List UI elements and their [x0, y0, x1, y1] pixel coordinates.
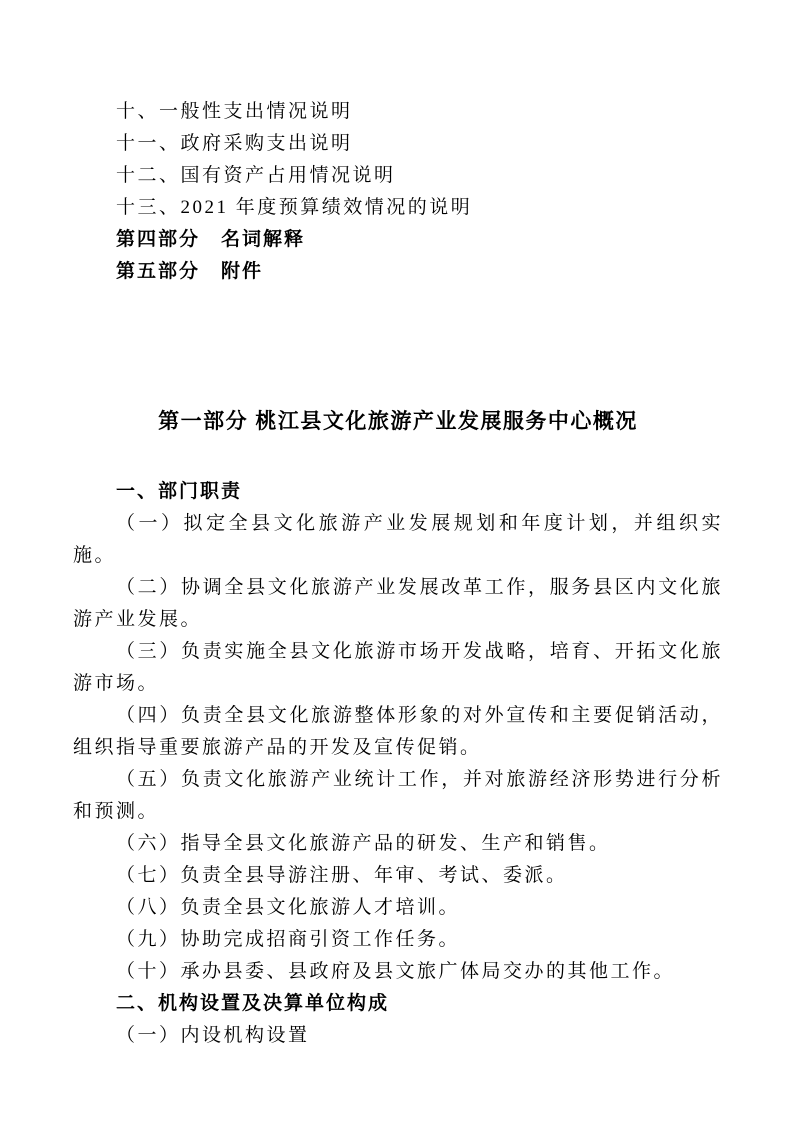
paragraph: （六）指导全县文化旅游产品的研发、生产和销售。	[73, 828, 723, 860]
paragraph: （二）协调全县文化旅游产业发展改革工作，服务县区内文化旅游产业发展。	[73, 572, 723, 636]
paragraph: （三）负责实施全县文化旅游市场开发战略，培育、开拓文化旅游市场。	[73, 636, 723, 700]
document-content: 十、一般性支出情况说明 十一、政府采购支出说明 十二、国有资产占用情况说明 十三…	[73, 96, 723, 1052]
paragraph: （十）承办县委、县政府及县文旅广体局交办的其他工作。	[73, 956, 723, 988]
toc-part-item: 第四部分 名词解释	[73, 224, 723, 256]
toc-block: 十、一般性支出情况说明 十一、政府采购支出说明 十二、国有资产占用情况说明 十三…	[73, 96, 723, 288]
toc-item: 十、一般性支出情况说明	[73, 96, 723, 128]
toc-item: 十一、政府采购支出说明	[73, 128, 723, 160]
paragraph: （五）负责文化旅游产业统计工作，并对旅游经济形势进行分析和预测。	[73, 764, 723, 828]
paragraph: （四）负责全县文化旅游整体形象的对外宣传和主要促销活动，组织指导重要旅游产品的开…	[73, 700, 723, 764]
document-page: 十、一般性支出情况说明 十一、政府采购支出说明 十二、国有资产占用情况说明 十三…	[0, 0, 793, 1122]
paragraph: （七）负责全县导游注册、年审、考试、委派。	[73, 860, 723, 892]
paragraph: （一）内设机构设置	[73, 1020, 723, 1052]
section-heading-duties: 一、部门职责	[73, 476, 723, 508]
toc-part-item: 第五部分 附件	[73, 256, 723, 288]
section-heading-organization: 二、机构设置及决算单位构成	[73, 988, 723, 1020]
paragraph: （八）负责全县文化旅游人才培训。	[73, 892, 723, 924]
toc-item: 十三、2021 年度预算绩效情况的说明	[73, 192, 723, 224]
paragraph: （一）拟定全县文化旅游产业发展规划和年度计划，并组织实施。	[73, 508, 723, 572]
part-title: 第一部分 桃江县文化旅游产业发展服务中心概况	[73, 405, 723, 439]
toc-item: 十二、国有资产占用情况说明	[73, 160, 723, 192]
paragraph: （九）协助完成招商引资工作任务。	[73, 924, 723, 956]
